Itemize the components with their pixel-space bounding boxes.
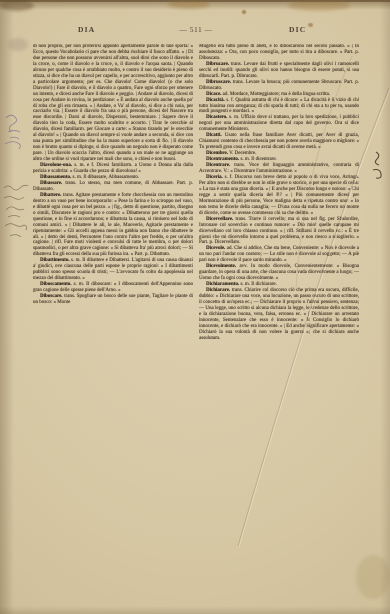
paper-stain: [288, 0, 350, 11]
book-page: DIA — 511 — DIC di non proprio, per non …: [0, 0, 390, 614]
entry-headword: Dibassamento.: [40, 175, 71, 180]
dictionary-entry: Dicacità. s. f. Qualità astratta di chi …: [199, 98, 359, 116]
entry-headword: Dicastero.: [206, 115, 227, 120]
entry-body: trans. Agitare prestamente e forte checc…: [33, 193, 193, 258]
entry-headword: Dibrucare.: [206, 62, 229, 67]
entry-headword: Dicervellare.: [206, 217, 233, 222]
entry-headword: Dicembre.: [206, 151, 228, 156]
text-column-left: di non proprio, per non proferirsi appun…: [33, 44, 193, 547]
dictionary-entry: Dicatti. Usato nella frase familiare Ave…: [199, 133, 359, 151]
text-columns: di non proprio, per non proferirsi appun…: [33, 44, 359, 547]
dictionary-entry: Diboscamento. s. m. Il diboscare: « I di…: [33, 282, 193, 294]
page-header: DIA — 511 — DIC: [33, 25, 359, 37]
entry-headword: Dicace.: [206, 92, 221, 97]
entry-headword: Diavolone-ona.: [40, 163, 72, 168]
entry-body: di non proprio, per non proferirsi appun…: [33, 44, 193, 162]
dictionary-entry: Dicentrare. trans. Voce del linguaggio a…: [199, 163, 359, 175]
entry-body: Mugello era tutto pieno di abeti, e lo d…: [199, 44, 359, 61]
entry-headword: Diboscare.: [40, 294, 63, 299]
text-column-right: Mugello era tutto pieno di abeti, e lo d…: [199, 44, 359, 547]
paper-smudge: [8, 38, 28, 51]
entry-headword: Dibassare.: [40, 181, 62, 186]
entry-body: V. Decembre.: [228, 151, 256, 156]
dictionary-entry: Dichiarare. trans. Chiarire col discorso…: [199, 288, 359, 342]
dictionary-entry: Dicervellare. trans. Trarre il cervello;…: [199, 217, 359, 247]
entry-headword: Dicevolmente.: [206, 264, 236, 269]
entry-body: trans. Chiarire col discorso ciò che pri…: [199, 288, 359, 341]
paper-speck: [242, 10, 246, 14]
entry-headword: Diceria.: [206, 175, 223, 180]
entry-body: ad. Mordace, Motteggiatore; ma è della l…: [221, 92, 330, 97]
dictionary-entry: Dicevole. ad. Che si addice, Che sta ben…: [199, 246, 359, 264]
entry-headword: Dicevole.: [206, 246, 225, 251]
page-number: — 511 —: [33, 25, 359, 34]
dictionary-entry: Dibassare. trans. Lo stesso, ma men comu…: [33, 181, 193, 193]
entry-headword: Dicentramento.: [206, 157, 239, 162]
entry-headword: Dibattere.: [40, 193, 61, 198]
dictionary-entry: Dibrucare. trans. Levare dai frutti e sp…: [199, 62, 359, 80]
dictionary-entry: Dicastero. s. m. Uffizio dove si trattan…: [199, 115, 359, 133]
page-gutter-shadow: [0, 0, 14, 614]
header-right-guideword: DIC: [289, 25, 306, 34]
dictionary-entry: di non proprio, per non proferirsi appun…: [33, 44, 193, 163]
entry-body: s. m. Il dichiarare.: [239, 282, 277, 287]
dictionary-entry: Diavolone-ona. s. m. e f. Dicesi familia…: [33, 163, 193, 175]
page-right-edge: [380, 0, 390, 614]
paper-stain: [356, 555, 390, 599]
entry-headword: Dicacità.: [206, 98, 225, 103]
entry-headword: Dichiarare.: [206, 288, 230, 293]
paper-stain: [0, 0, 34, 11]
entry-headword: Dibruscare.: [206, 80, 231, 85]
dictionary-entry: Dibruscare. trans. Levare la brusca; più…: [199, 80, 359, 92]
dictionary-entry: Diceria. s. f. Discorso non breve detto …: [199, 175, 359, 217]
entry-body: s. m. Il dicentrare.: [239, 157, 277, 162]
dictionary-entry: Dibattimento. s. m. Il dibattere e Dibat…: [33, 258, 193, 282]
entry-headword: Dicentrare.: [206, 163, 230, 168]
entry-headword: Dicatti.: [206, 133, 222, 138]
entry-body: s. m. Il dibassare, Abbassamento.: [71, 175, 139, 180]
entry-headword: Dibattimento.: [40, 258, 70, 263]
page-bottom-edge: [0, 606, 390, 614]
entry-body: Usato nella frase familiare Aver dicatti…: [199, 133, 359, 150]
dictionary-entry: Dicevolmente. avv. In modo dicevole, Con…: [199, 264, 359, 282]
dictionary-entry: Dibattere. trans. Agitare prestamente e …: [33, 193, 193, 258]
dictionary-entry: Mugello era tutto pieno di abeti, e lo d…: [199, 44, 359, 62]
dictionary-entry: Diboscare. trans. Spogliare un bosco del…: [33, 294, 193, 306]
entry-headword: Dichiaramento.: [206, 282, 239, 287]
entry-body: s. f. Discorso non breve detto al popolo…: [199, 175, 359, 216]
entry-headword: Diboscamento.: [40, 282, 72, 287]
paper-stain: [168, 0, 210, 9]
